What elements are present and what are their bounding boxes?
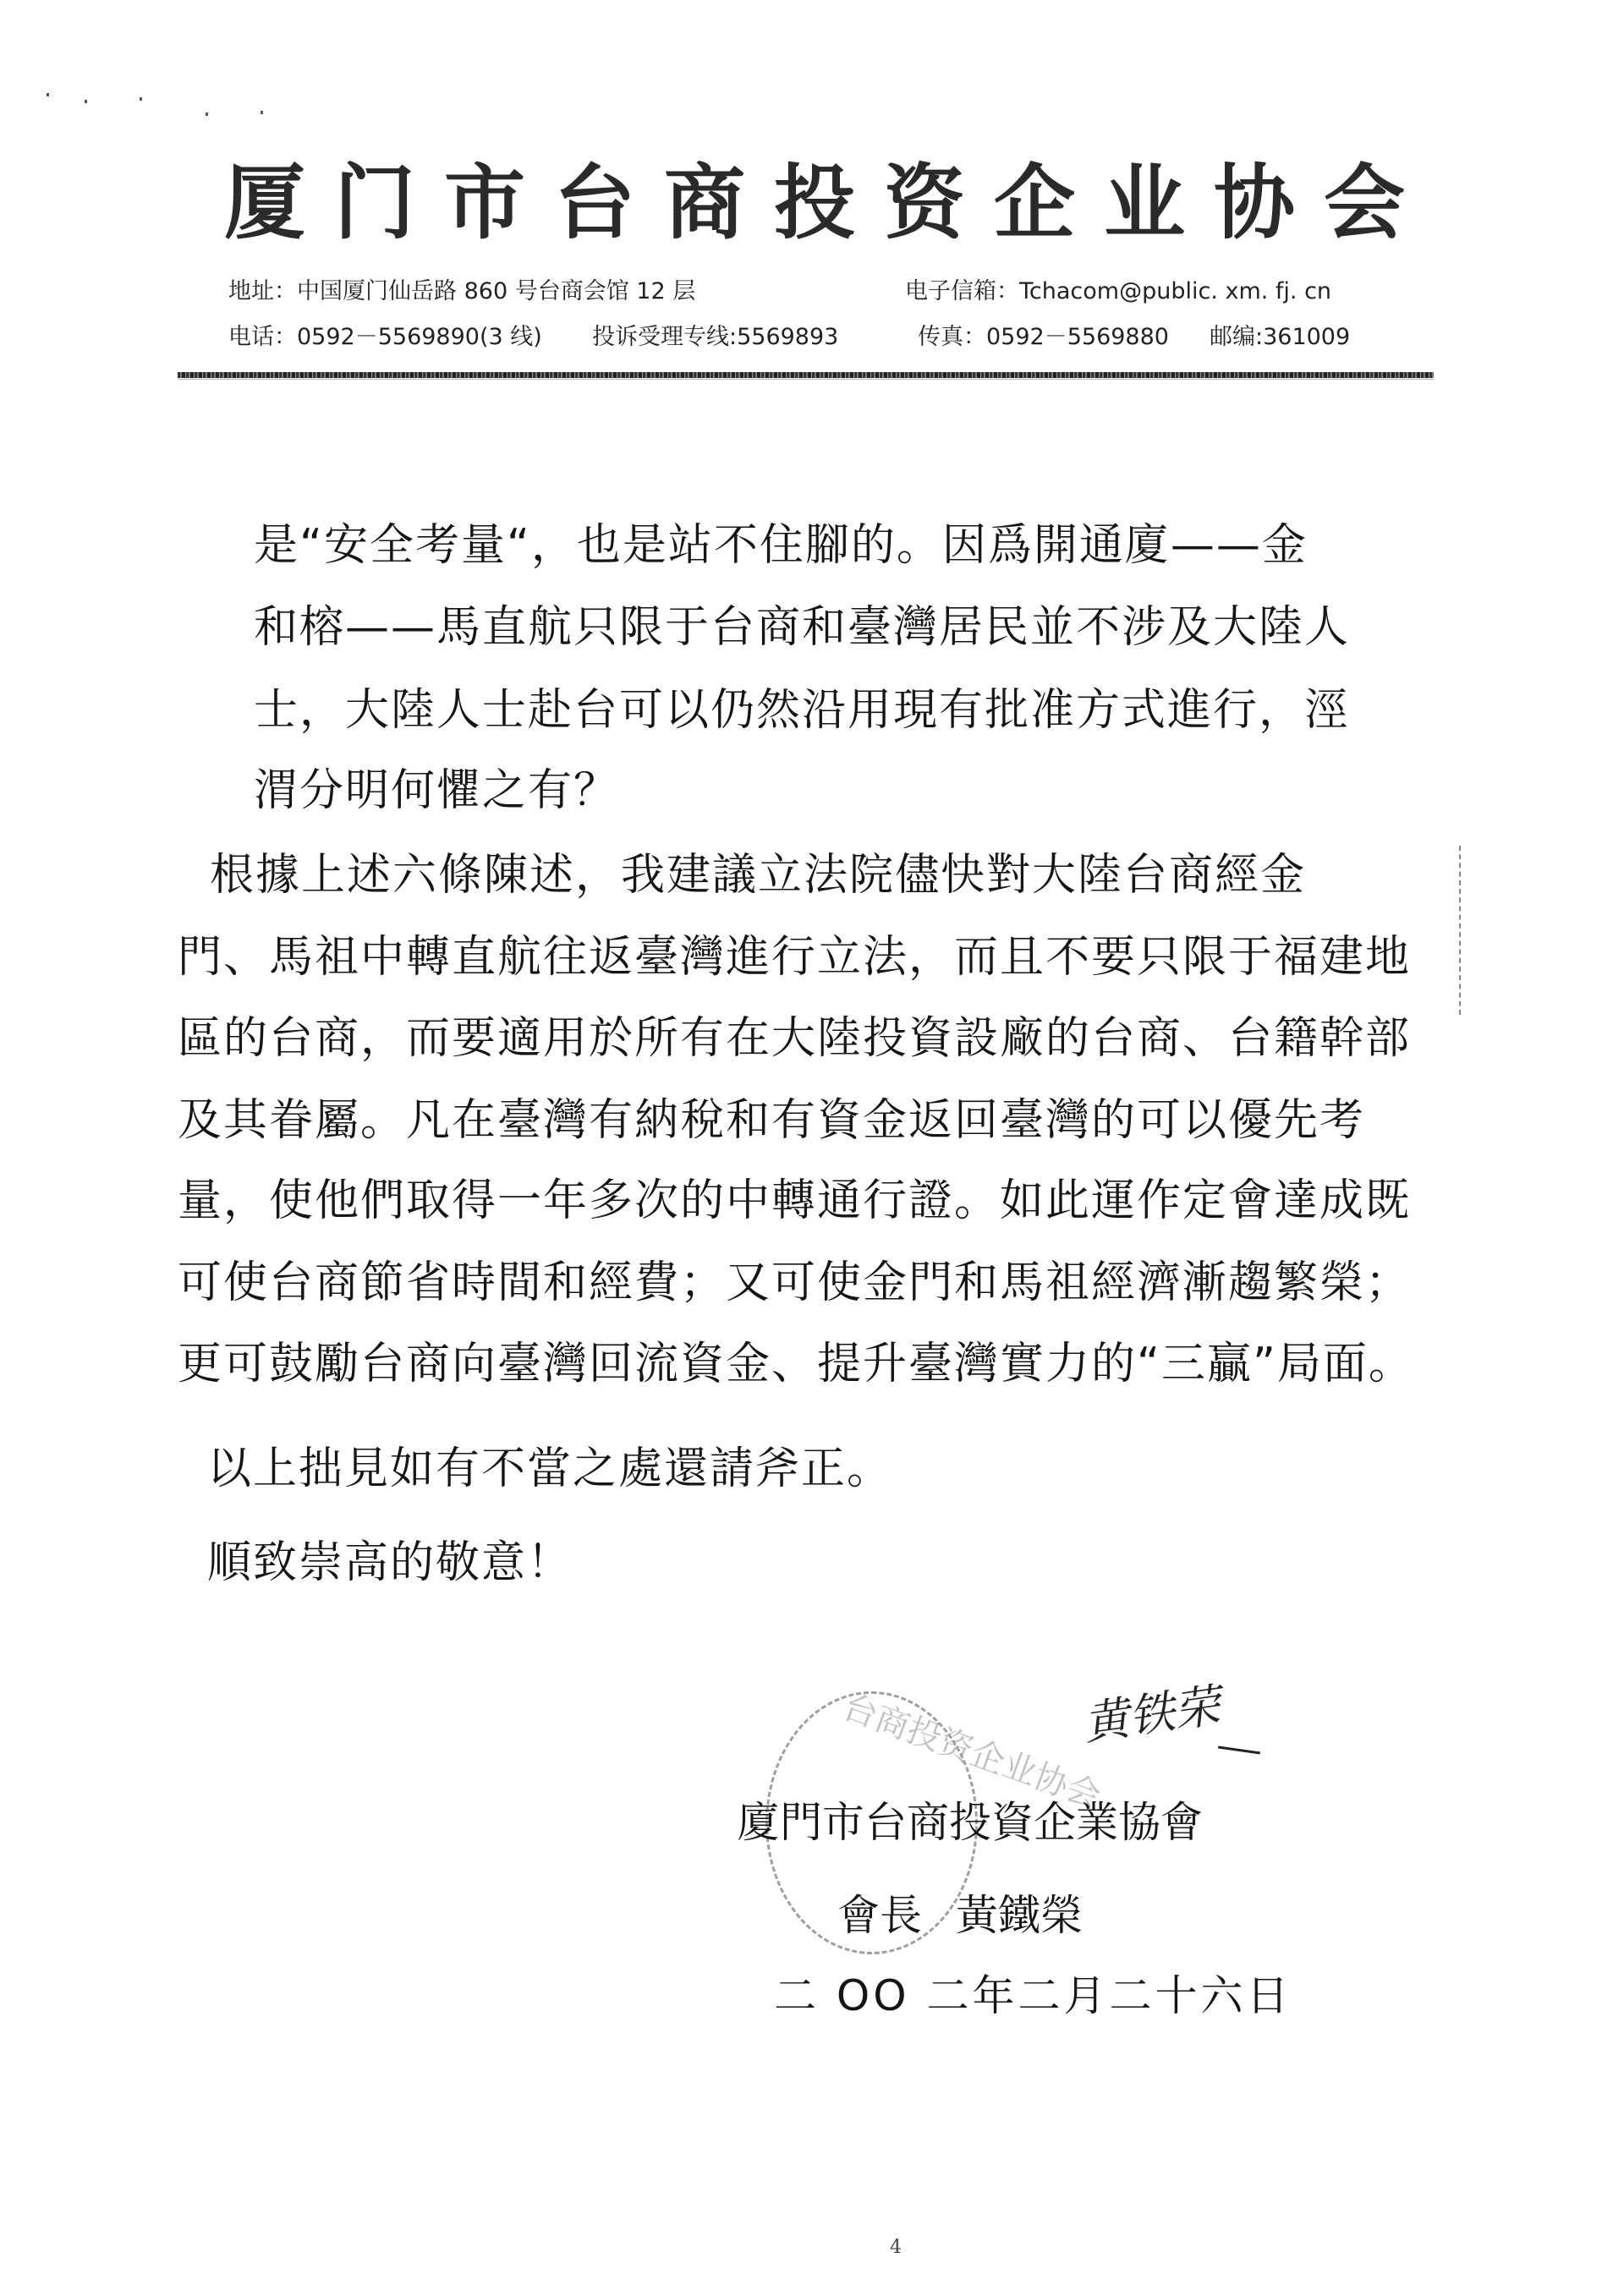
signer-name: 黃鐵榮 <box>956 1890 1083 1941</box>
letterhead-title: 厦门市台商投资企业协会 <box>224 152 1391 254</box>
body-line: 渭分明何懼之有？ <box>254 765 619 816</box>
scan-speck <box>140 97 142 101</box>
body-line: 是“安全考量“，也是站不住腳的。因爲開通廈——金 <box>254 520 1308 571</box>
body-line: 順致崇高的敬意！ <box>207 1537 573 1588</box>
letter-date: 二 OO 二年二月二十六日 <box>774 1970 1292 2021</box>
postcode-text: 邮编:361009 <box>1210 318 1350 351</box>
body-line: 量，使他們取得一年多次的中轉通行證。如此運作定會達成既 <box>178 1175 1411 1226</box>
page-number: 4 <box>890 2237 902 2258</box>
header-divider-thin <box>178 379 1434 380</box>
scan-speck <box>206 112 208 116</box>
signer-title: 會長 <box>837 1890 922 1941</box>
organization-name: 廈門市台商投資企業協會 <box>738 1797 1203 1848</box>
header-divider <box>178 372 1434 378</box>
scan-speck <box>47 93 49 96</box>
body-line: 可使台商節省時間和經費；又可使金門和馬祖經濟漸趨繁榮； <box>178 1258 1411 1308</box>
scan-speck <box>85 100 87 103</box>
body-line: 根據上述六條陳述，我建議立法院儘快對大陸台商經金 <box>210 850 1306 901</box>
body-line: 及其眷屬。凡在臺灣有納稅和有資金返回臺灣的可以優先考 <box>178 1095 1365 1146</box>
scan-speck <box>261 111 263 114</box>
fax-text: 传真：0592－5569880 <box>918 318 1169 351</box>
margin-mark <box>1459 846 1462 1015</box>
handwritten-signature: 黄铁荣 <box>1078 1669 1223 1753</box>
body-line: 更可鼓勵台商向臺灣回流資金、提升臺灣實力的“三贏”局面。 <box>178 1339 1414 1389</box>
body-line: 和榕——馬直航只限于台商和臺灣居民並不涉及大陸人 <box>254 602 1350 653</box>
body-line: 以上拙見如有不當之處還請斧正。 <box>207 1444 892 1494</box>
address-text: 地址：中国厦门仙岳路 860 号台商会馆 12 层 <box>228 272 695 305</box>
email-text: 电子信箱：Tchacom@public. xm. fj. cn <box>905 272 1331 305</box>
phone-text: 电话：0592－5569890(3 线) <box>228 318 542 351</box>
body-line: 士，大陸人士赴台可以仍然沿用現有批准方式進行，涇 <box>254 685 1350 736</box>
complaint-line-text: 投诉受理专线:5569893 <box>592 318 838 351</box>
body-line: 區的台商，而要適用於所有在大陸投資設廠的台商、台籍幹部 <box>178 1013 1411 1064</box>
body-line: 門、馬祖中轉直航往返臺灣進行立法，而且不要只限于福建地 <box>178 932 1411 983</box>
signature-stroke <box>1218 1746 1260 1755</box>
